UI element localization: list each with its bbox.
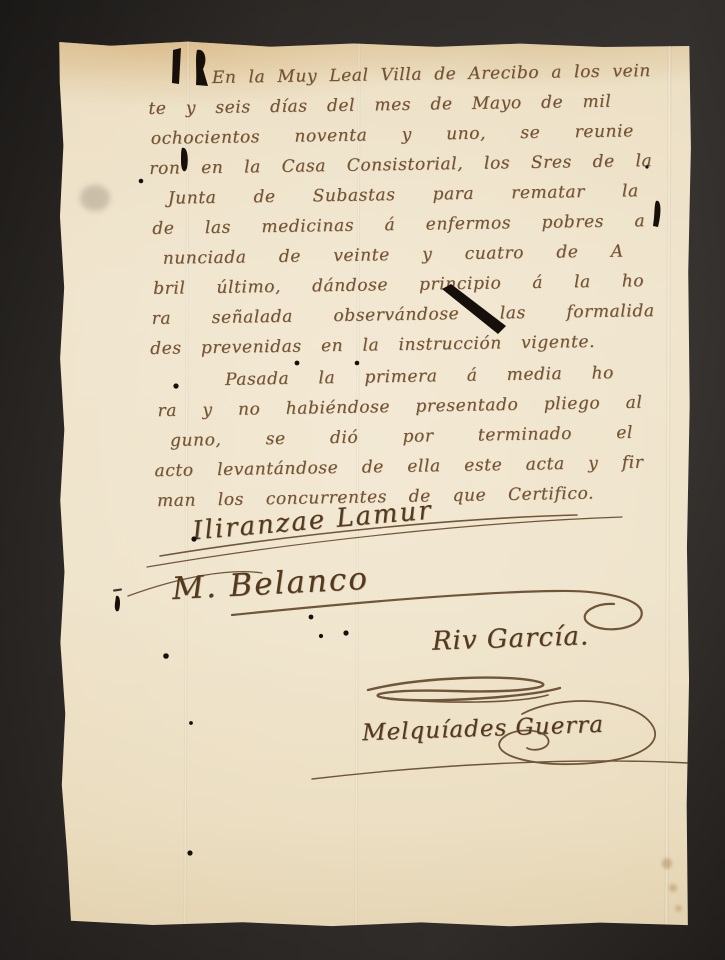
paragraph-1: En la Muy Leal Villa de Arecibo a los ve… — [146, 56, 656, 364]
gray-smudge — [80, 185, 110, 211]
foxing-spot — [669, 884, 677, 892]
signature-3: Riv García. — [432, 621, 590, 656]
fold-crease-right — [665, 41, 672, 929]
foxing-spot — [675, 905, 682, 912]
foxing-spot — [662, 858, 672, 869]
photo-of-manuscript: En la Muy Leal Villa de Arecibo a los ve… — [0, 0, 725, 960]
paragraph-2: Pasada la primera á media ho ra y no hab… — [147, 358, 645, 517]
